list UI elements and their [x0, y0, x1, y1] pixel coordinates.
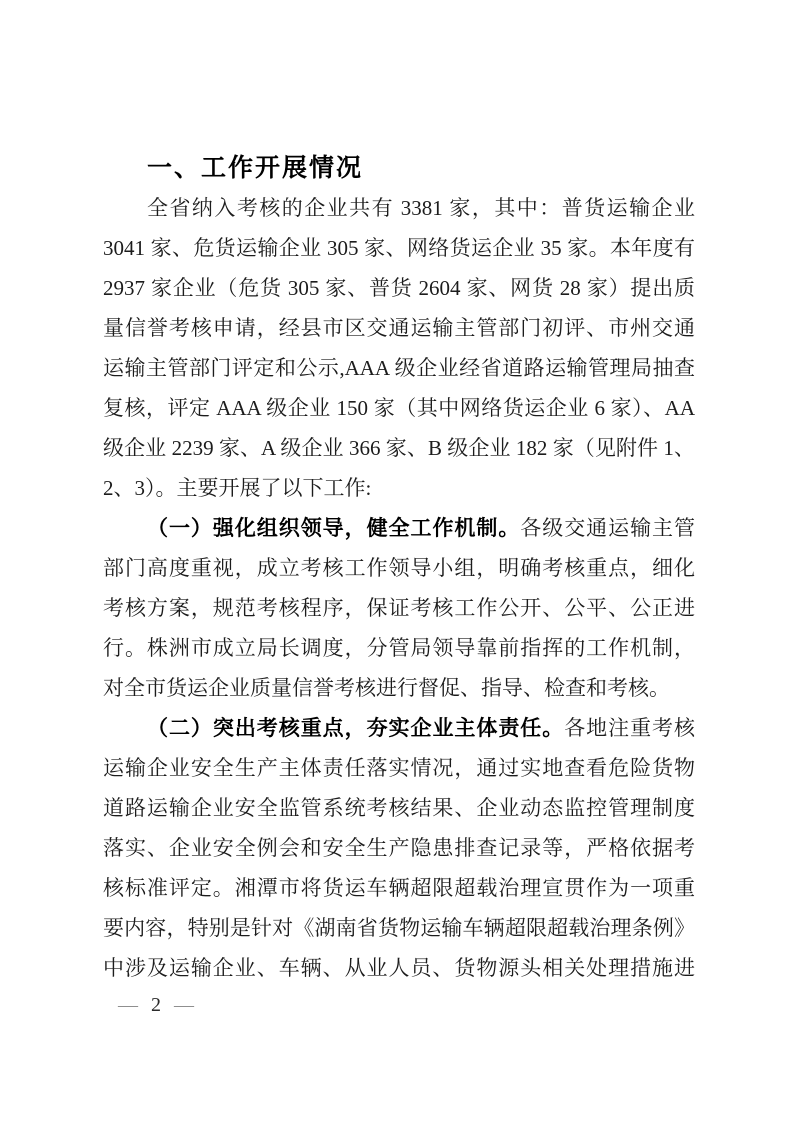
- text-run: 运输企业安全生产主体责任落实情况，通过实地查看危险货物: [103, 756, 695, 780]
- text-line: 2、3）。主要开展了以下工作:: [103, 468, 695, 508]
- text-run: 复核，评定 AAA 级企业 150 家（其中网络货运企业 6 家）、AA: [103, 396, 695, 420]
- text-run: 3041 家、危货运输企业 305 家、网络货运企业 35 家。本年度有: [103, 236, 695, 260]
- text-run: 2、3）。主要开展了以下工作:: [103, 476, 371, 500]
- text-line: 行。株洲市成立局长调度，分管局领导靠前指挥的工作机制，: [103, 628, 695, 668]
- page-footer: —2—: [118, 990, 194, 1020]
- text-run: 各级交通运输主管: [520, 516, 695, 540]
- text-line: 部门高度重视，成立考核工作领导小组，明确考核重点，细化: [103, 548, 695, 588]
- text-run: 中涉及运输企业、车辆、从业人员、货物源头相关处理措施进: [103, 956, 695, 980]
- text-run: 对全市货运企业质量信誉考核进行督促、指导、检查和考核。: [103, 676, 670, 700]
- text-run: 各地注重考核: [564, 716, 695, 740]
- text-line: 考核方案，规范考核程序，保证考核工作公开、公平、公正进: [103, 588, 695, 628]
- text-run: 运输主管部门评定和公示,AAA 级企业经省道路运输管理局抽查: [103, 356, 695, 380]
- document-body: 一、工作开展情况 全省纳入考核的企业共有 3381 家，其中：普货运输企业304…: [103, 148, 695, 988]
- text-run: 级企业 2239 家、A 级企业 366 家、B 级企业 182 家（见附件 1…: [103, 436, 695, 460]
- text-line: 要内容，特别是针对《湖南省货物运输车辆超限超载治理条例》: [103, 908, 695, 948]
- text-line: 运输主管部门评定和公示,AAA 级企业经省道路运输管理局抽查: [103, 348, 695, 388]
- text-line: （一）强化组织领导，健全工作机制。各级交通运输主管: [103, 508, 695, 548]
- text-run: 考核方案，规范考核程序，保证考核工作公开、公平、公正进: [103, 596, 695, 620]
- text-line: 级企业 2239 家、A 级企业 366 家、B 级企业 182 家（见附件 1…: [103, 428, 695, 468]
- section-heading: 一、工作开展情况: [103, 148, 695, 188]
- text-run: 道路运输企业安全监管系统考核结果、企业动态监控管理制度: [103, 796, 695, 820]
- text-run: 行。株洲市成立局长调度，分管局领导靠前指挥的工作机制，: [103, 636, 695, 660]
- text-run: 要内容，特别是针对《湖南省货物运输车辆超限超载治理条例》: [103, 916, 695, 940]
- text-run: 核标准评定。湘潭市将货运车辆超限超载治理宣贯作为一项重: [103, 876, 695, 900]
- text-line: 量信誉考核申请，经县市区交通运输主管部门初评、市州交通: [103, 308, 695, 348]
- text-line: 2937 家企业（危货 305 家、普货 2604 家、网货 28 家）提出质: [103, 268, 695, 308]
- text-run: 全省纳入考核的企业共有 3381 家，其中：普货运输企业: [147, 196, 695, 220]
- text-line: 核标准评定。湘潭市将货运车辆超限超载治理宣贯作为一项重: [103, 868, 695, 908]
- text-line: 3041 家、危货运输企业 305 家、网络货运企业 35 家。本年度有: [103, 228, 695, 268]
- bold-subheading-run: （一）强化组织领导，健全工作机制。: [147, 516, 520, 540]
- footer-dash-right: —: [174, 994, 194, 1016]
- text-line: 全省纳入考核的企业共有 3381 家，其中：普货运输企业: [103, 188, 695, 228]
- text-line: 运输企业安全生产主体责任落实情况，通过实地查看危险货物: [103, 748, 695, 788]
- text-run: 量信誉考核申请，经县市区交通运输主管部门初评、市州交通: [103, 316, 695, 340]
- text-line: 中涉及运输企业、车辆、从业人员、货物源头相关处理措施进: [103, 948, 695, 988]
- text-line: 复核，评定 AAA 级企业 150 家（其中网络货运企业 6 家）、AA: [103, 388, 695, 428]
- text-run: 落实、企业安全例会和安全生产隐患排查记录等，严格依据考: [103, 836, 695, 860]
- text-run: 2937 家企业（危货 305 家、普货 2604 家、网货 28 家）提出质: [103, 276, 695, 300]
- bold-subheading-run: （二）突出考核重点，夯实企业主体责任。: [147, 716, 564, 740]
- paragraphs-container: 全省纳入考核的企业共有 3381 家，其中：普货运输企业3041 家、危货运输企…: [103, 188, 695, 988]
- footer-dash-left: —: [118, 994, 138, 1016]
- document-page: { "content": { "heading": "一、工作开展情况", "p…: [0, 0, 793, 1122]
- text-run: 部门高度重视，成立考核工作领导小组，明确考核重点，细化: [103, 556, 695, 580]
- page-number: 2: [151, 994, 161, 1016]
- text-line: （二）突出考核重点，夯实企业主体责任。各地注重考核: [103, 708, 695, 748]
- text-line: 落实、企业安全例会和安全生产隐患排查记录等，严格依据考: [103, 828, 695, 868]
- text-line: 对全市货运企业质量信誉考核进行督促、指导、检查和考核。: [103, 668, 695, 708]
- text-line: 道路运输企业安全监管系统考核结果、企业动态监控管理制度: [103, 788, 695, 828]
